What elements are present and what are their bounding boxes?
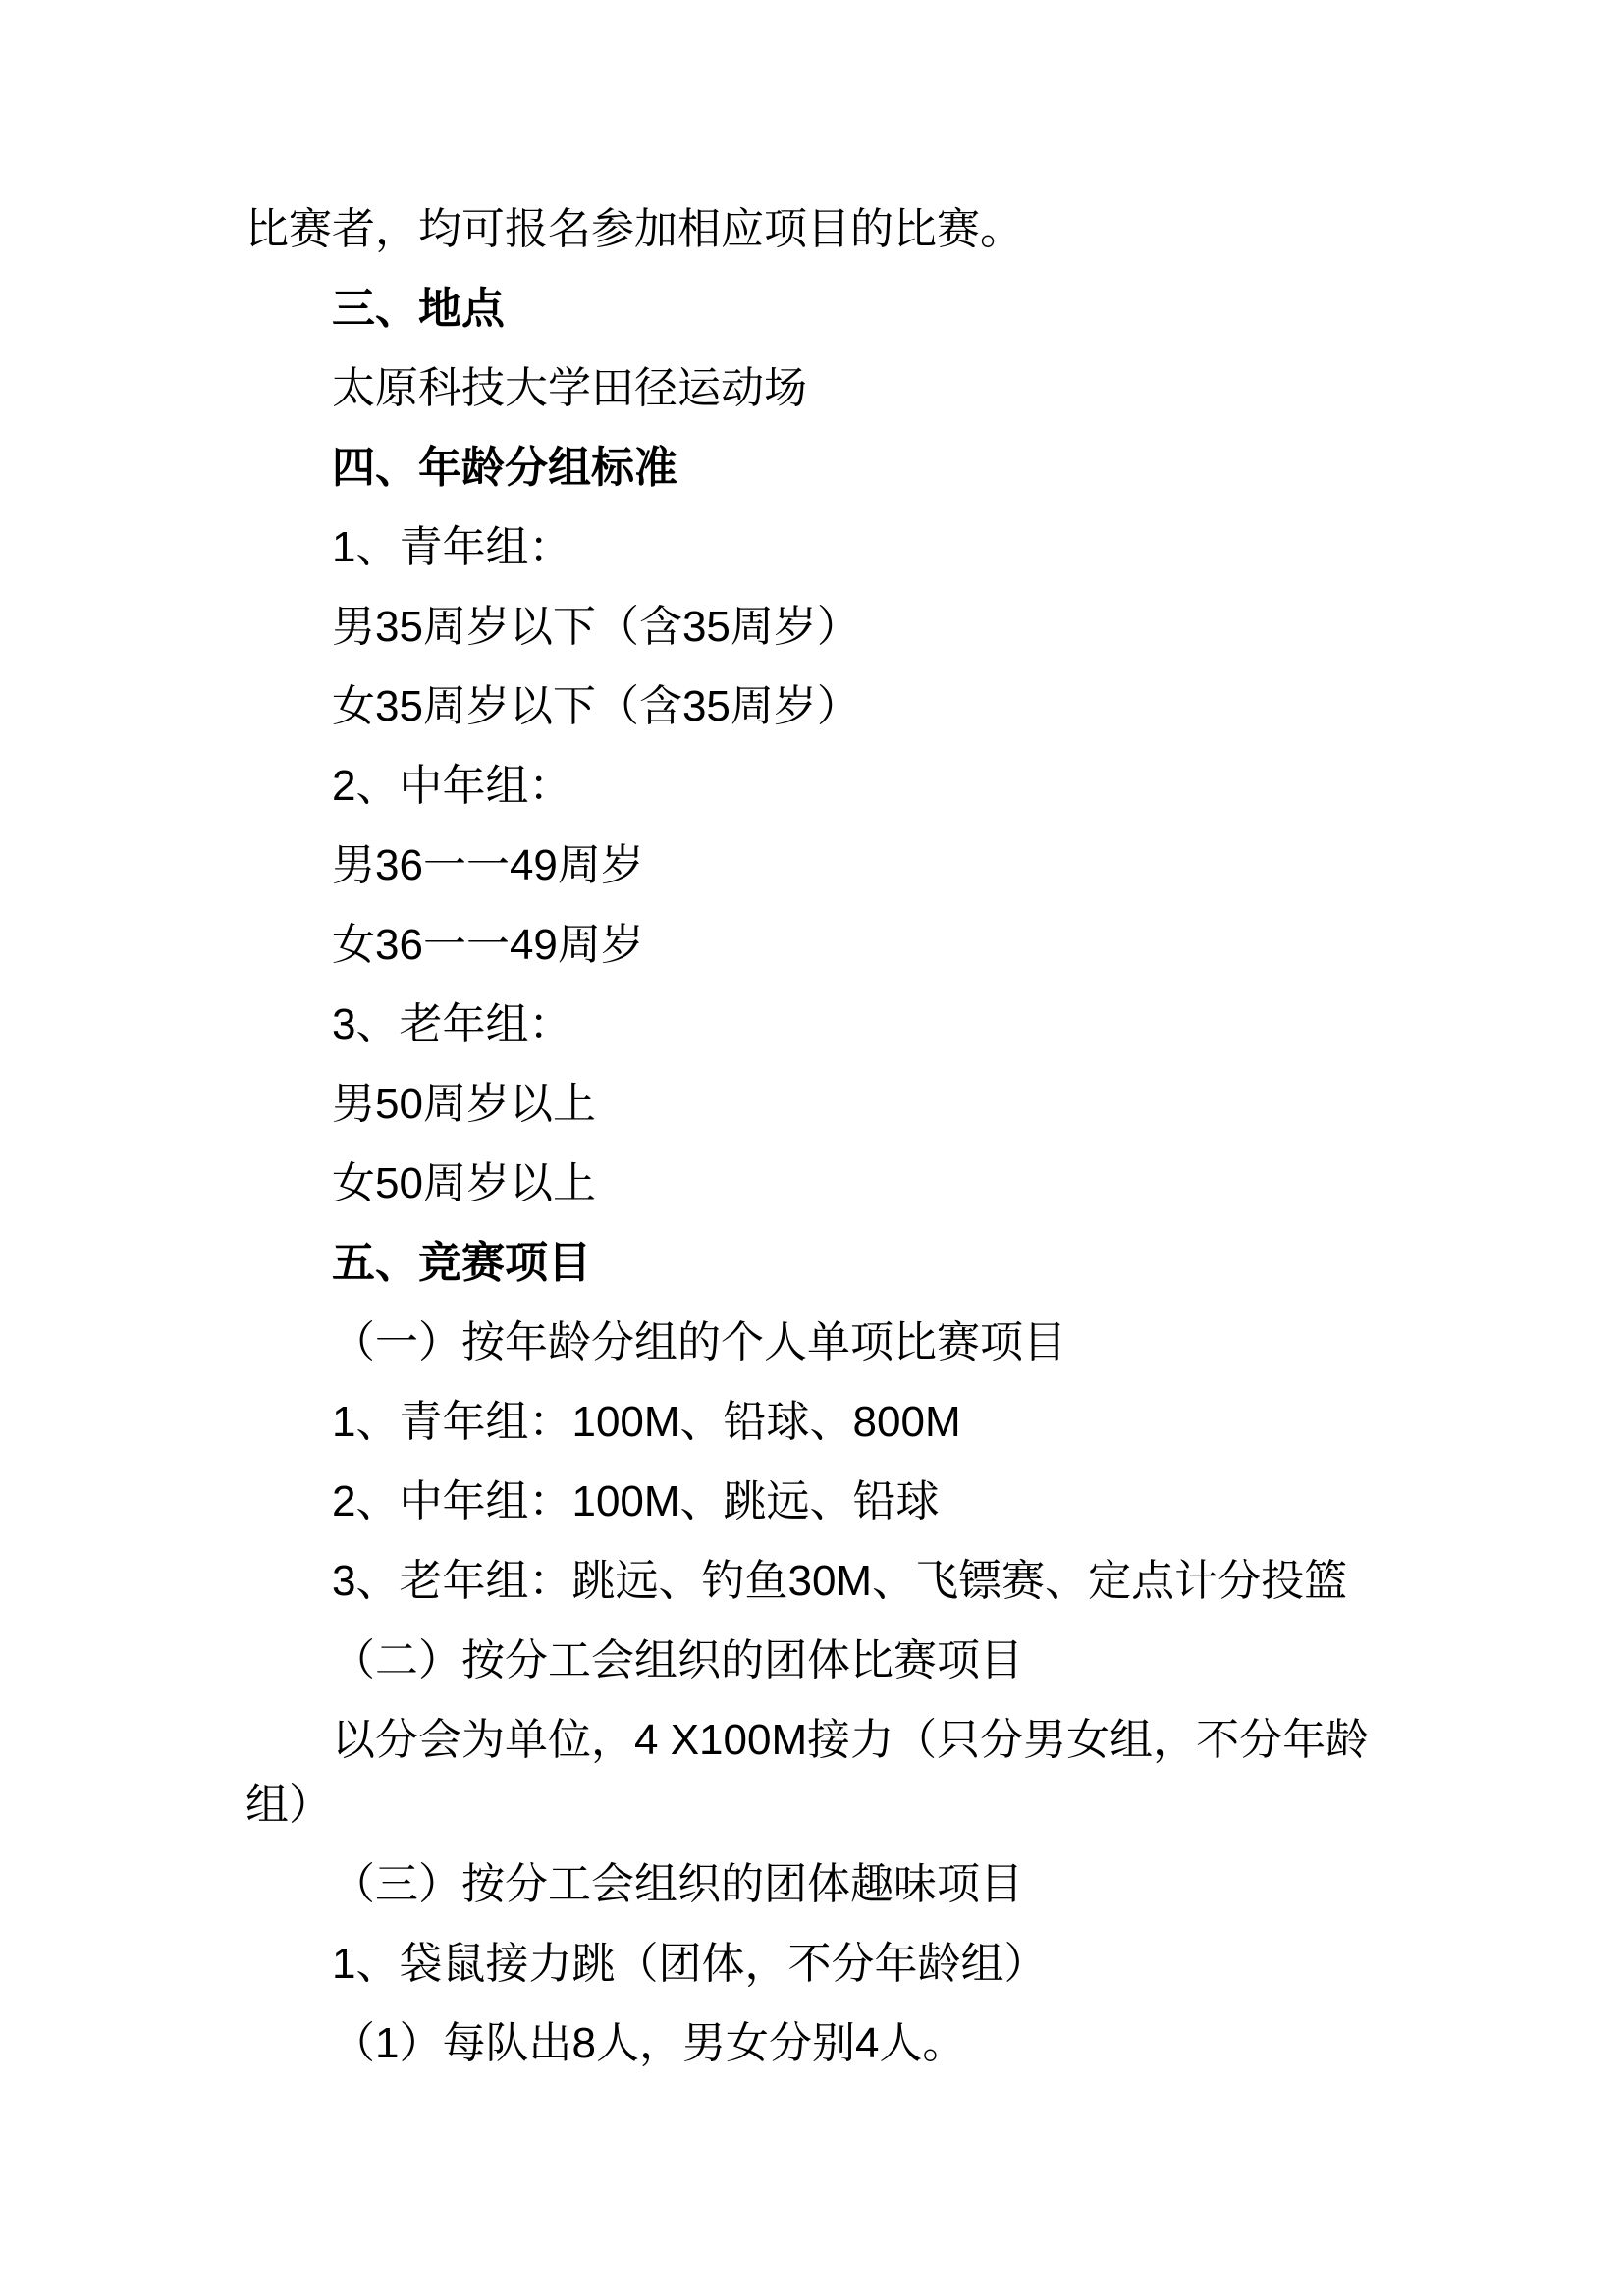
heading-age-grouping: 四、年龄分组标准: [245, 436, 1379, 501]
middle-group-women: 女36一一49周岁: [245, 913, 1379, 978]
individual-events-heading: （一）按年龄分组的个人单项比赛项目: [245, 1310, 1379, 1375]
team-events-description-line-1: 以分会为单位，4 X100M接力（只分男女组，不分年龄: [245, 1708, 1379, 1773]
individual-events-senior: 3、老年组：跳远、钓鱼30M、飞镖赛、定点计分投篮: [245, 1549, 1379, 1614]
senior-group-women: 女50周岁以上: [245, 1151, 1379, 1216]
individual-events-youth: 1、青年组：100M、铅球、800M: [245, 1390, 1379, 1455]
team-events-description-line-2: 组）: [245, 1773, 1379, 1838]
fun-event-rule-1: （1）每队出8人，男女分别4人。: [245, 2011, 1379, 2076]
middle-group-label: 2、中年组：: [245, 754, 1379, 819]
senior-group-label: 3、老年组：: [245, 992, 1379, 1057]
youth-group-men: 男35周岁以下（含35周岁）: [245, 595, 1379, 660]
heading-location: 三、地点: [245, 277, 1379, 342]
youth-group-label: 1、青年组：: [245, 515, 1379, 580]
fun-event-kangaroo: 1、袋鼠接力跳（团体，不分年龄组）: [245, 1932, 1379, 1997]
heading-competition-events: 五、竞赛项目: [245, 1231, 1379, 1296]
team-events-heading: （二）按分工会组织的团体比赛项目: [245, 1629, 1379, 1693]
middle-group-men: 男36一一49周岁: [245, 833, 1379, 898]
intro-continuation-text: 比赛者，均可报名参加相应项目的比赛。: [245, 197, 1379, 262]
youth-group-women: 女35周岁以下（含35周岁）: [245, 674, 1379, 739]
fun-events-heading: （三）按分工会组织的团体趣味项目: [245, 1852, 1379, 1917]
document-page: 比赛者，均可报名参加相应项目的比赛。 三、地点 太原科技大学田径运动场 四、年龄…: [0, 0, 1624, 2296]
location-text: 太原科技大学田径运动场: [245, 356, 1379, 421]
senior-group-men: 男50周岁以上: [245, 1072, 1379, 1137]
individual-events-middle: 2、中年组：100M、跳远、铅球: [245, 1469, 1379, 1534]
document-content: 比赛者，均可报名参加相应项目的比赛。 三、地点 太原科技大学田径运动场 四、年龄…: [0, 0, 1624, 2076]
